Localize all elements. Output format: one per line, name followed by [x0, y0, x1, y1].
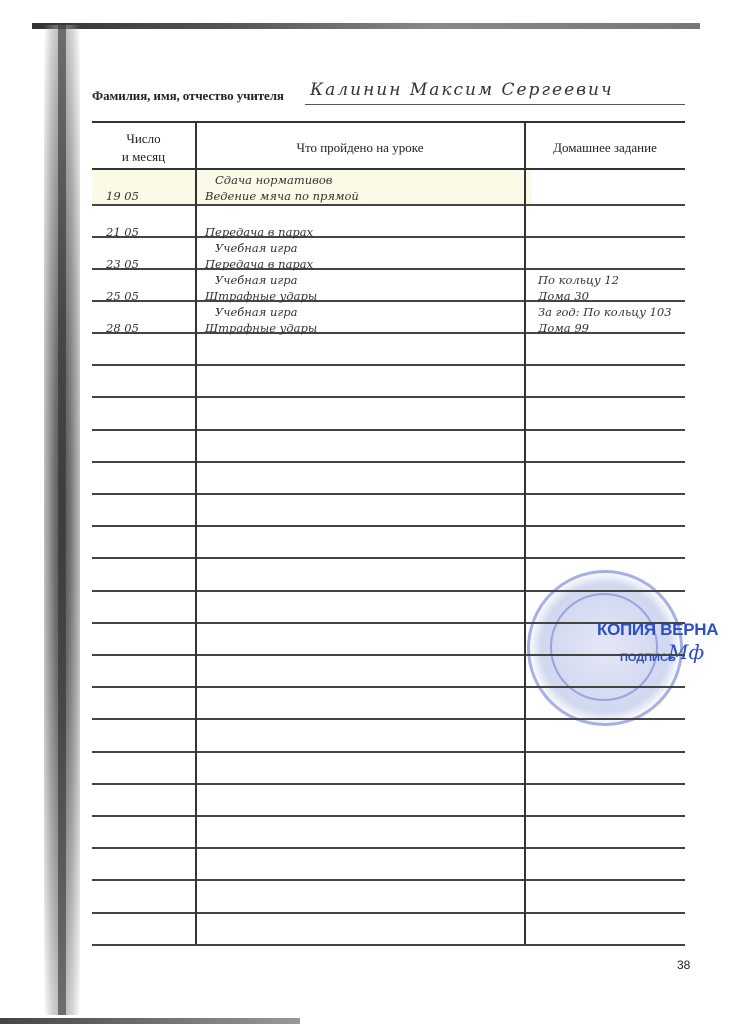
col-header-homework: Домашнее задание	[525, 139, 685, 157]
table-row-rule	[92, 268, 685, 270]
table-column-divider	[195, 121, 197, 944]
row-date: 28 05	[106, 321, 139, 335]
table-row-rule	[92, 204, 685, 206]
table-row-rule	[92, 783, 685, 785]
page-number: 38	[677, 958, 690, 972]
row-homework-line1: За год: По кольцу 103	[538, 305, 672, 319]
table-row-rule	[92, 879, 685, 881]
row-homework-line2: Дома 99	[538, 321, 589, 335]
signature: Мф	[668, 640, 704, 664]
table-row-rule	[92, 590, 685, 592]
table-row-rule	[92, 493, 685, 495]
teacher-name: Калинин Максим Сергеевич	[310, 80, 614, 100]
table-column-divider	[524, 121, 526, 944]
row-topic-line1: Учебная игра	[215, 241, 297, 255]
table-header-rule	[92, 121, 685, 123]
table-row-rule	[92, 718, 685, 720]
row-topic-line2: Штрафные удары	[205, 289, 317, 303]
row-topic-line2: Ведение мяча по прямой	[205, 189, 359, 203]
name-underline	[305, 104, 685, 105]
table-row-rule	[92, 944, 685, 946]
table-row-rule	[92, 815, 685, 817]
row-topic-line1: Сдача нормативов	[215, 173, 332, 187]
table-row-rule	[92, 557, 685, 559]
row-date: 21 05	[106, 225, 139, 239]
table-row-rule	[92, 912, 685, 914]
row-date: 23 05	[106, 257, 139, 271]
col-header-date: Число и месяц	[92, 130, 195, 166]
table-row-rule	[92, 525, 685, 527]
table-row-rule	[92, 429, 685, 431]
scan-top-edge	[32, 23, 700, 29]
table-row-rule	[92, 236, 685, 238]
table-row-rule	[92, 332, 685, 334]
row-topic-line1: Учебная игра	[215, 273, 297, 287]
table-row-rule	[92, 461, 685, 463]
scan-binding-core	[58, 25, 66, 1015]
row-date: 25 05	[106, 289, 139, 303]
table-row-rule	[92, 622, 685, 624]
col-header-date-line1: Число	[92, 130, 195, 148]
row-topic-line2: Передача в парах	[205, 257, 313, 271]
table-row-rule	[92, 751, 685, 753]
row-date: 19 05	[106, 189, 139, 203]
col-header-date-line2: и месяц	[92, 148, 195, 166]
scan-bottom-edge	[0, 1018, 300, 1024]
teacher-label: Фамилия, имя, отчество учителя	[92, 88, 284, 104]
table-row-rule	[92, 686, 685, 688]
stamp-inner-ring	[550, 593, 658, 701]
col-header-topic: Что пройдено на уроке	[196, 139, 524, 157]
table-row-rule	[92, 396, 685, 398]
table-header-rule	[92, 168, 685, 170]
row-homework-line2: Дома 30	[538, 289, 589, 303]
row-topic-line1: Учебная игра	[215, 305, 297, 319]
row-homework-line1: По кольцу 12	[538, 273, 619, 287]
table-row-rule	[92, 300, 685, 302]
row-topic-line2: Передача в парах	[205, 225, 313, 239]
table-row-rule	[92, 364, 685, 366]
row-topic-line2: Штрафные удары	[205, 321, 317, 335]
table-row-rule	[92, 654, 685, 656]
table-row-rule	[92, 847, 685, 849]
